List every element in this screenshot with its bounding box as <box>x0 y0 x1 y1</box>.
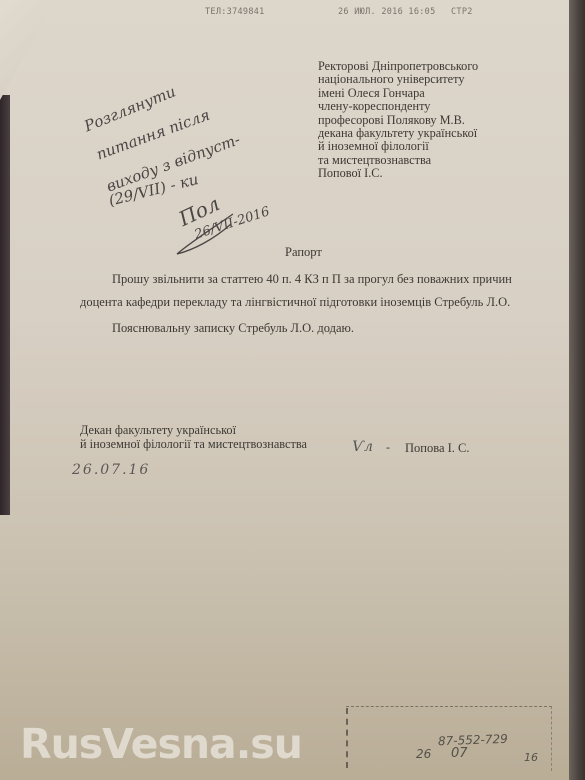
addressee-line: й іноземної філології <box>318 140 568 153</box>
stamp-day: 26 <box>416 747 431 761</box>
document-body: Прошу звільнити за статтею 40 п. 4 КЗ п … <box>80 268 540 340</box>
addressee-block: Ректорові Дніпропетровського національно… <box>318 60 568 181</box>
background-edge-right <box>569 0 585 780</box>
addressee-line: члену-кореспонденту <box>318 100 568 113</box>
stamp-border-left <box>346 708 350 768</box>
position-line-2: й іноземної філології та мистецтвознавст… <box>80 437 307 451</box>
document-title: Рапорт <box>285 245 322 260</box>
stamp-month: 07 <box>451 746 468 761</box>
addressee-line: та мистецтвознавства <box>318 154 568 167</box>
fax-page: СТР2 <box>451 7 473 17</box>
body-paragraph-2: Пояснювальну записку Стребуль Л.О. додаю… <box>80 317 540 340</box>
position-line-1: Декан факультету української <box>80 423 307 437</box>
signatory-position: Декан факультету української й іноземної… <box>80 423 307 451</box>
signatory-name: Попова І. С. <box>405 441 470 456</box>
background-edge-left <box>0 95 10 515</box>
addressee-line: Попової І.С. <box>318 167 568 180</box>
fax-datetime: 26 ИЮЛ. 2016 16:05 <box>338 7 436 17</box>
handwritten-date: 26.07.16 <box>72 462 150 478</box>
body-paragraph-1: Прошу звільнити за статтею 40 п. 4 КЗ п … <box>80 268 540 313</box>
handwritten-signature: Ѵл <box>352 439 373 455</box>
addressee-line: національного університету <box>318 73 568 86</box>
stamp-reg-number: 87-552-729 <box>438 732 508 748</box>
watermark-logo: RusVesna.su <box>20 720 302 768</box>
addressee-line: декана факультету української <box>318 127 568 140</box>
stamp-year: 16 <box>524 751 538 764</box>
signature-dash: - <box>386 440 390 455</box>
addressee-line: Ректорові Дніпропетровського <box>318 60 568 73</box>
addressee-line: професорові Полякову М.В. <box>318 114 568 127</box>
addressee-line: імені Олеся Гончара <box>318 87 568 100</box>
signature-stroke-icon <box>173 210 243 260</box>
fax-tel: ТЕЛ:3749841 <box>205 7 265 17</box>
